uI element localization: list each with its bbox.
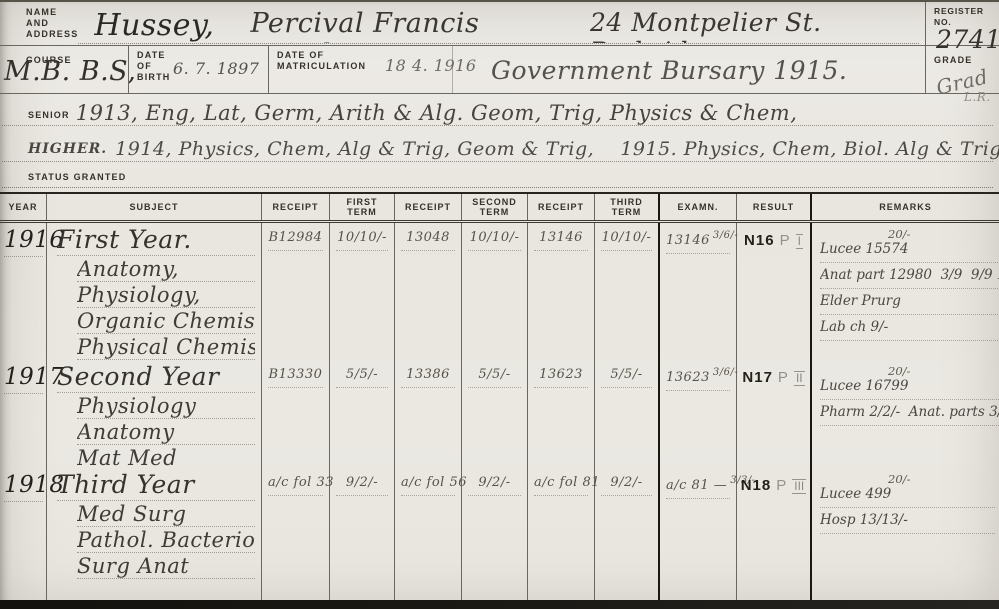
term-cell: 10/10/- — [462, 223, 528, 360]
term-fee: 9/2/- — [468, 475, 521, 496]
remarks-cell: 20/- Lucee 499 Hosp 13/13/- — [812, 468, 999, 600]
header-receipt-2: RECEIPT — [395, 194, 462, 220]
receipt-cell: 13146 — [528, 223, 595, 360]
name-cell: NAME AND ADDRESS Hussey, Percival Franci… — [0, 2, 925, 45]
term-fee: 5/5/- — [601, 367, 652, 388]
receipt-value: 13146 — [534, 230, 588, 251]
remark-line: Pharm 2/2/- Anat. parts 3/9 7/6 15/0 136… — [820, 400, 999, 426]
result-cell: N18 P III — [737, 468, 812, 600]
year-cell: 1916 — [0, 223, 47, 360]
subject-line: Pathol. Bacteriol — [77, 527, 255, 553]
register-cell: REGISTER NO. 2741 — [925, 2, 999, 45]
receipt-value: 13386 — [401, 367, 455, 388]
term-fee: 9/2/- — [601, 475, 652, 496]
result-number: N16 — [744, 232, 775, 249]
term-cell: 5/5/- — [330, 360, 395, 468]
date-of-birth-cell: DATE OF BIRTH 6. 7. 1897 — [128, 46, 268, 93]
qualifications-section: SENIOR 1913, Eng, Lat, Germ, Arith & Alg… — [0, 94, 999, 192]
given-names-value: Percival Francis Leitch, — [250, 8, 556, 44]
subject-line: Third Year — [57, 470, 255, 501]
subject-cell: Second Year Physiology Anatomy Mat Med — [47, 360, 262, 468]
header-remarks: REMARKS — [812, 202, 999, 212]
result-pass: P — [778, 369, 789, 386]
higher-label: HIGHER. — [28, 141, 107, 157]
receipt-cell: 13386 — [395, 360, 462, 468]
year-value: 1916 — [4, 227, 43, 257]
bursary-cell: Government Bursary 1915. — [452, 46, 925, 93]
examn-value: a/c 81 —3/3/- — [666, 475, 730, 499]
grade-cell: GRADE Grad L.R. — [925, 46, 999, 93]
subject-line: Physical Chemistry — [77, 334, 255, 360]
term-fee: 9/2/- — [336, 475, 388, 496]
subject-cell: Third Year Med Surg Pathol. Bacteriol Su… — [47, 468, 262, 600]
fees-table-header: YEAR SUBJECT RECEIPT FIRST TERM RECEIPT … — [0, 192, 999, 223]
term-fee: 10/10/- — [336, 230, 388, 251]
receipt-value: a/c fol 81 — [534, 475, 588, 496]
term-cell: 5/5/- — [462, 360, 528, 468]
examn-fee: 3/6/- — [713, 367, 738, 378]
subject-line: First Year. — [57, 225, 255, 256]
result-roman: II — [794, 371, 805, 386]
examn-cell: 131463/6/- — [660, 223, 737, 360]
result-cell: N16 P I — [737, 223, 812, 360]
subject-line: Physiology — [77, 393, 255, 419]
result-cell: N17 P II — [737, 360, 812, 468]
remark-line: Anat part 12980 3/9 9/9 13146 — [820, 263, 999, 289]
matriculation-cell: DATE OF MATRICULATION 18 4. 1916 — [268, 46, 452, 93]
course-cell: COURSE M.B. B.S, — [0, 46, 128, 93]
name-values: Hussey, Percival Francis Leitch, 24 Mont… — [78, 8, 919, 44]
remark-line: Elder Prurg — [820, 289, 999, 315]
name-row: NAME AND ADDRESS Hussey, Percival Franci… — [0, 2, 999, 46]
year-value: 1917 — [4, 364, 43, 394]
examn-cell: a/c 81 —3/3/- — [660, 468, 737, 600]
examn-cell: 136233/6/- — [660, 360, 737, 468]
address-value: 24 Montpelier St. Parkside. — [590, 8, 919, 44]
receipt-value: 13623 — [534, 367, 588, 388]
receipt-cell: B13330 — [262, 360, 330, 468]
status-granted-label: STATUS GRANTED — [28, 172, 126, 183]
grade-label: GRADE — [934, 55, 973, 65]
receipt-cell: a/c fol 81 — [528, 468, 595, 600]
subject-line: Organic Chemistry — [77, 308, 255, 334]
header-year: YEAR — [0, 194, 47, 220]
header-receipt-1: RECEIPT — [262, 194, 330, 220]
receipt-value: B12984 — [268, 230, 323, 251]
remark-line: Lab ch 9/- — [820, 315, 999, 341]
receipt-cell: a/c fol 33 — [262, 468, 330, 600]
higher-subjects: 1914, Physics, Chem, Alg & Trig, Geom & … — [115, 138, 999, 160]
receipt-value: a/c fol 56 — [401, 475, 455, 496]
result-number: N17 — [742, 369, 773, 386]
examn-value: 136233/6/- — [666, 367, 730, 391]
higher-line: HIGHER. 1914, Physics, Chem, Alg & Trig,… — [2, 126, 993, 162]
examn-fee: 3/6/- — [713, 230, 738, 241]
term-cell: 9/2/- — [330, 468, 395, 600]
status-granted-line: STATUS GRANTED — [2, 162, 993, 188]
year-cell: 1918 — [0, 468, 47, 600]
term-cell: 9/2/- — [462, 468, 528, 600]
header-examn: EXAMN. — [660, 194, 737, 220]
header-first-term: FIRST TERM — [330, 194, 395, 220]
result-roman: III — [792, 479, 806, 494]
subject-cell: First Year. Anatomy, Physiology, Organic… — [47, 223, 262, 360]
term-cell: 5/5/- — [595, 360, 660, 468]
result-number: N18 — [741, 477, 772, 494]
senior-line: SENIOR 1913, Eng, Lat, Germ, Arith & Alg… — [2, 94, 993, 126]
term-cell: 9/2/- — [595, 468, 660, 600]
fees-table-body: 1916 First Year. Anatomy, Physiology, Or… — [0, 223, 999, 600]
header-result: RESULT — [737, 194, 812, 220]
receipt-value: B13330 — [268, 367, 323, 388]
header-second-term: SECOND TERM — [462, 194, 528, 220]
scan-bottom-edge — [0, 600, 999, 609]
header-third-term: THIRD TERM — [595, 194, 660, 220]
course-row: COURSE M.B. B.S, DATE OF BIRTH 6. 7. 189… — [0, 46, 999, 94]
subject-line: Surg Anat — [77, 553, 255, 579]
surname-value: Hussey, — [94, 8, 214, 43]
senior-subjects: 1913, Eng, Lat, Germ, Arith & Alg. Geom,… — [76, 101, 798, 125]
subject-line: Anatomy, — [77, 256, 255, 282]
header-receipt-3: RECEIPT — [528, 194, 595, 220]
bursary-note: Government Bursary 1915. — [491, 56, 921, 85]
subject-line: Second Year — [57, 362, 255, 393]
subject-line: Anatomy — [77, 419, 255, 445]
term-fee: 5/5/- — [468, 367, 521, 388]
subject-line: Mat Med — [77, 445, 255, 468]
name-label: NAME AND ADDRESS — [26, 7, 78, 45]
term-cell: 10/10/- — [595, 223, 660, 360]
row-1918: 1918 Third Year Med Surg Pathol. Bacteri… — [0, 468, 999, 600]
term-cell: 10/10/- — [330, 223, 395, 360]
result-pass: P — [776, 477, 787, 494]
receipt-cell: 13048 — [395, 223, 462, 360]
remarks-cell: 20/- Lucee 16799 Pharm 2/2/- Anat. parts… — [812, 360, 999, 468]
term-fee: 10/10/- — [468, 230, 521, 251]
receipt-cell: B12984 — [262, 223, 330, 360]
year-cell: 1917 — [0, 360, 47, 468]
term-fee: 5/5/- — [336, 367, 388, 388]
result-roman: I — [796, 234, 803, 249]
header-subject: SUBJECT — [47, 194, 262, 220]
receipt-cell: 13623 — [528, 360, 595, 468]
course-value: M.B. B.S, — [4, 56, 136, 87]
subject-line: Med Surg — [77, 501, 255, 527]
receipt-cell: a/c fol 56 — [395, 468, 462, 600]
student-record-card: NAME AND ADDRESS Hussey, Percival Franci… — [0, 0, 999, 609]
examn-value: 131463/6/- — [666, 230, 730, 254]
row-1917: 1917 Second Year Physiology Anatomy Mat … — [0, 360, 999, 468]
row-1916: 1916 First Year. Anatomy, Physiology, Or… — [0, 223, 999, 360]
date-of-birth-value: 6. 7. 1897 — [173, 59, 259, 78]
receipt-value: 13048 — [401, 230, 455, 251]
year-value: 1918 — [4, 472, 43, 502]
receipt-value: a/c fol 33 — [268, 475, 323, 496]
subject-line: Physiology, — [77, 282, 255, 308]
result-pass: P — [780, 232, 791, 249]
remarks-cell: 20/- Lucee 15574 Anat part 12980 3/9 9/9… — [812, 223, 999, 360]
remark-line: Hosp 13/13/- — [820, 508, 995, 534]
term-fee: 10/10/- — [601, 230, 652, 251]
senior-label: SENIOR — [28, 110, 70, 121]
